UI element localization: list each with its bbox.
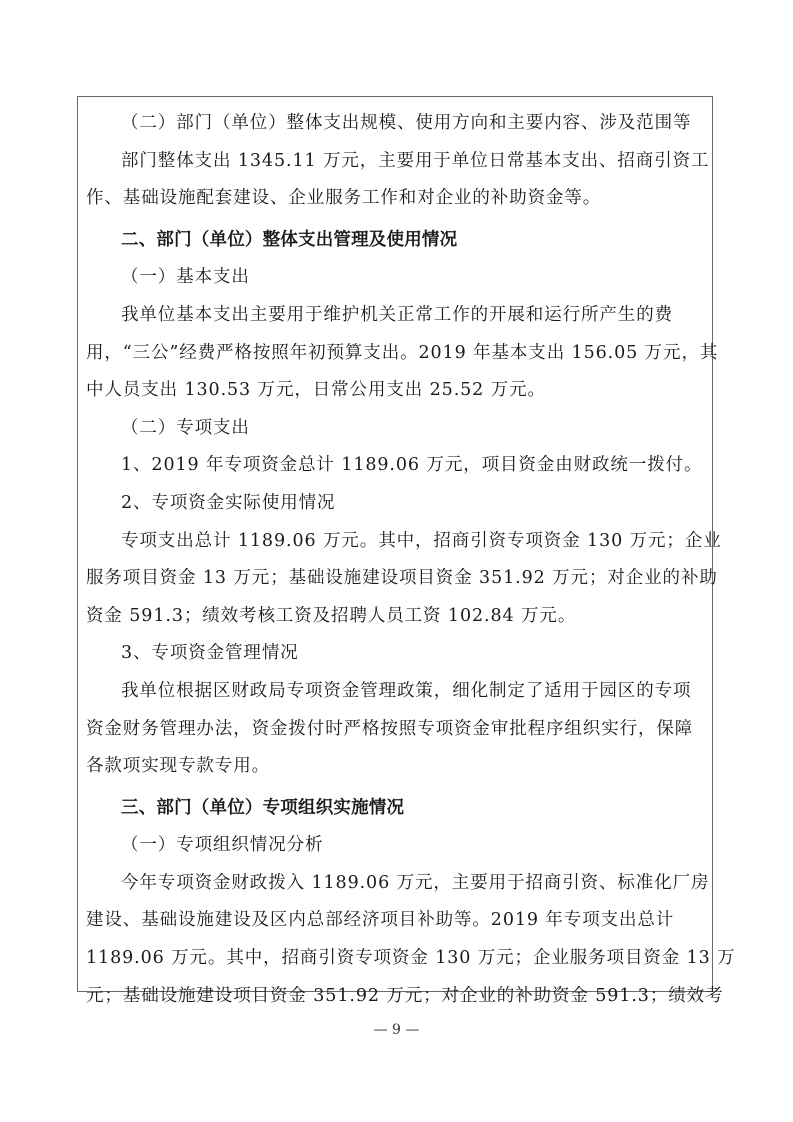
document-body: （二）部门（单位）整体支出规模、使用方向和主要内容、涉及范围等 部门整体支出 1…: [86, 105, 706, 1015]
page-number: — 9 —: [0, 1022, 793, 1038]
paragraph-line: 1189.06 万元。其中，招商引资专项资金 130 万元；企业服务项目资金 1…: [86, 940, 706, 978]
paragraph-line: 各款项实现专款专用。: [86, 748, 706, 786]
document-frame: （二）部门（单位）整体支出规模、使用方向和主要内容、涉及范围等 部门整体支出 1…: [77, 96, 713, 992]
section-heading-3: 三、部门（单位）专项组织实施情况: [86, 790, 706, 828]
paragraph-line: 作、基础设施配套建设、企业服务工作和对企业的补助资金等。: [86, 180, 706, 218]
list-item-1: 1、2019 年专项资金总计 1189.06 万元，项目资金由财政统一拨付。: [86, 447, 706, 485]
list-item-3: 3、专项资金管理情况: [86, 635, 706, 673]
paragraph-line: 部门整体支出 1345.11 万元，主要用于单位日常基本支出、招商引资工: [86, 143, 706, 181]
list-item-2: 2、专项资金实际使用情况: [86, 485, 706, 523]
section-heading-2: 二、部门（单位）整体支出管理及使用情况: [86, 222, 706, 260]
subheading-special-organization-analysis: （一）专项组织情况分析: [86, 827, 706, 865]
paragraph-line: 用，“三公”经费严格按照年初预算支出。2019 年基本支出 156.05 万元，…: [86, 335, 706, 373]
paragraph-line: 中人员支出 130.53 万元，日常公用支出 25.52 万元。: [86, 372, 706, 410]
paragraph-line: 专项支出总计 1189.06 万元。其中，招商引资专项资金 130 万元；企业: [86, 523, 706, 561]
paragraph-line: 资金财务管理办法，资金拨付时严格按照专项资金审批程序组织实行，保障: [86, 711, 706, 749]
paragraph-line: 建设、基础设施建设及区内总部经济项目补助等。2019 年专项支出总计: [86, 902, 706, 940]
subheading-special-expenditure: （二）专项支出: [86, 410, 706, 448]
paragraph-line: 资金 591.3；绩效考核工资及招聘人员工资 102.84 万元。: [86, 598, 706, 636]
paragraph-line: 服务项目资金 13 万元；基础设施建设项目资金 351.92 万元；对企业的补助: [86, 560, 706, 598]
subheading-overall-expenditure-scope: （二）部门（单位）整体支出规模、使用方向和主要内容、涉及范围等: [86, 105, 706, 143]
paragraph-line: 今年专项资金财政拨入 1189.06 万元，主要用于招商引资、标准化厂房: [86, 865, 706, 903]
subheading-basic-expenditure: （一）基本支出: [86, 259, 706, 297]
paragraph-line: 我单位基本支出主要用于维护机关正常工作的开展和运行所产生的费: [86, 297, 706, 335]
paragraph-line: 我单位根据区财政局专项资金管理政策，细化制定了适用于园区的专项: [86, 673, 706, 711]
paragraph-line: 元；基础设施建设项目资金 351.92 万元；对企业的补助资金 591.3；绩效…: [86, 978, 706, 1016]
